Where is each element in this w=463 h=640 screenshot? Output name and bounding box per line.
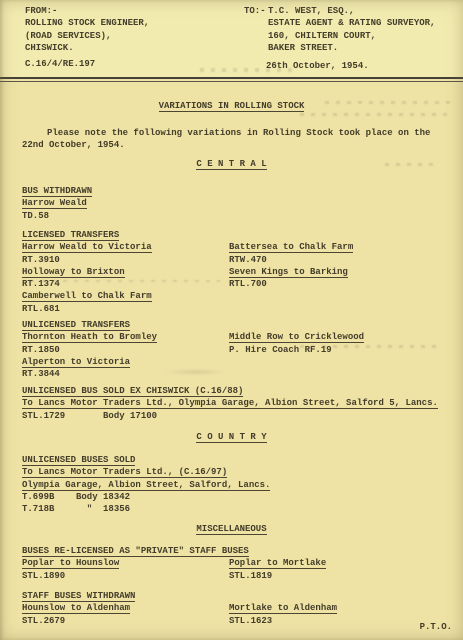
to-label: TO:- <box>244 5 266 17</box>
reference-number: C.16/4/RE.197 <box>25 58 95 70</box>
fleet-number: T.718B " 18356 <box>22 503 450 515</box>
fleet-number: TD.58 <box>22 210 92 222</box>
fleet-number: RT.1850 <box>22 345 60 355</box>
to-block: T.C. WEST, ESQ., ESTATE AGENT & RATING S… <box>268 5 435 54</box>
to-line: T.C. WEST, ESQ., <box>268 5 435 17</box>
route-name: Poplar to Hounslow <box>22 558 119 569</box>
licensed-transfers-section: LICENSED TRANSFERS Harrow Weald to Victo… <box>22 229 450 315</box>
intro-paragraph: Please note the following variations in … <box>22 127 450 152</box>
memo-page: FROM:- ROLLING STOCK ENGINEER, (ROAD SER… <box>0 0 463 640</box>
to-line: ESTATE AGENT & RATING SURVEYOR, <box>268 17 435 29</box>
fleet-number: RTL.700 <box>229 278 267 290</box>
buyer-detail: To Lancs Motor Traders Ltd., Olympia Gar… <box>22 398 438 409</box>
relicensed-heading: BUSES RE-LICENSED AS "PRIVATE" STAFF BUS… <box>22 546 249 557</box>
section-central-heading: C E N T R A L <box>0 158 463 170</box>
route-name: Camberwell to Chalk Farm <box>22 291 152 302</box>
section-miscellaneous-heading: MISCELLANEOUS <box>0 523 463 535</box>
licensed-transfers-heading: LICENSED TRANSFERS <box>22 230 119 241</box>
buses-sold-section: UNLICENSED BUSES SOLD To Lancs Motor Tra… <box>22 454 450 515</box>
memo-body: VARIATIONS IN ROLLING STOCK Please note … <box>0 83 463 640</box>
separator-rule <box>0 77 463 79</box>
section-miscellaneous-heading-text: MISCELLANEOUS <box>196 524 266 535</box>
relicensed-section: BUSES RE-LICENSED AS "PRIVATE" STAFF BUS… <box>22 545 450 582</box>
separator-rule <box>0 81 463 82</box>
unlicensed-transfers-section: UNLICENSED TRANSFERS Thornton Heath to B… <box>22 319 450 380</box>
from-line: CHISWICK. <box>25 42 149 54</box>
fleet-number: RTW.470 <box>229 254 267 266</box>
staff-withdrawn-heading: STAFF BUSES WITHDRAWN <box>22 591 135 602</box>
unlicensed-transfers-heading: UNLICENSED TRANSFERS <box>22 320 130 331</box>
bus-withdrawn-heading: BUS WITHDRAWN <box>22 186 92 197</box>
memo-title: VARIATIONS IN ROLLING STOCK <box>0 100 463 112</box>
fleet-number: RT.1374 <box>22 279 60 289</box>
buses-sold-heading: UNLICENSED BUSES SOLD <box>22 455 135 466</box>
section-country-heading-text: C O U N T R Y <box>196 432 266 443</box>
route-name: Holloway to Brixton <box>22 267 125 278</box>
buyer-detail: To Lancs Motor Traders Ltd., (C.16/97) <box>22 467 227 478</box>
letter-date: 26th October, 1954. <box>266 60 369 72</box>
section-country-heading: C O U N T R Y <box>0 431 463 443</box>
memo-title-text: VARIATIONS IN ROLLING STOCK <box>159 101 305 112</box>
intro-line: Please note the following variations in … <box>22 127 450 139</box>
from-block: FROM:- ROLLING STOCK ENGINEER, (ROAD SER… <box>25 5 149 54</box>
route-name: Hounslow to Aldenham <box>22 603 130 614</box>
fleet-number: T.699B Body 18342 <box>22 491 450 503</box>
fleet-number: STL.1729 Body 17100 <box>22 410 457 422</box>
fleet-number: RT.3910 <box>22 255 60 265</box>
route-name: Poplar to Mortlake <box>229 558 326 569</box>
fleet-number: STL.1890 <box>22 571 65 581</box>
to-line: BAKER STREET. <box>268 42 435 54</box>
scan-smudge <box>300 113 450 116</box>
pto-mark: P.T.O. <box>420 621 452 633</box>
bus-sold-section: UNLICENSED BUS SOLD EX CHISWICK (C.16/88… <box>22 385 457 422</box>
route-name: Harrow Weald <box>22 198 87 209</box>
staff-withdrawn-section: STAFF BUSES WITHDRAWN Hounslow to Aldenh… <box>22 590 450 627</box>
bus-withdrawn-section: BUS WITHDRAWN Harrow Weald TD.58 <box>22 185 92 222</box>
fleet-number: STL.1623 <box>229 615 272 627</box>
fleet-number: RT.3844 <box>22 369 60 379</box>
to-line: 160, CHILTERN COURT, <box>268 30 435 42</box>
from-line: ROLLING STOCK ENGINEER, <box>25 17 149 29</box>
fleet-number: RTL.681 <box>22 304 60 314</box>
route-name: Middle Row to Cricklewood <box>229 332 364 343</box>
from-line: (ROAD SERVICES), <box>25 30 149 42</box>
intro-line: 22nd October, 1954. <box>22 139 450 151</box>
route-name: Seven Kings to Barking <box>229 267 348 278</box>
buyer-detail: Olympia Garage, Albion Street, Salford, … <box>22 480 270 491</box>
route-name: Alperton to Victoria <box>22 357 130 368</box>
fleet-number: STL.2679 <box>22 616 65 626</box>
route-name: Harrow Weald to Victoria <box>22 242 152 253</box>
route-name: Mortlake to Aldenham <box>229 603 337 614</box>
from-label: FROM:- <box>25 5 149 17</box>
section-central-heading-text: C E N T R A L <box>196 159 266 170</box>
fleet-number: P. Hire Coach RF.19 <box>229 344 332 356</box>
route-name: Thornton Heath to Bromley <box>22 332 157 343</box>
bus-sold-heading: UNLICENSED BUS SOLD EX CHISWICK (C.16/88… <box>22 386 243 397</box>
fleet-number: STL.1819 <box>229 570 272 582</box>
route-name: Battersea to Chalk Farm <box>229 242 353 253</box>
